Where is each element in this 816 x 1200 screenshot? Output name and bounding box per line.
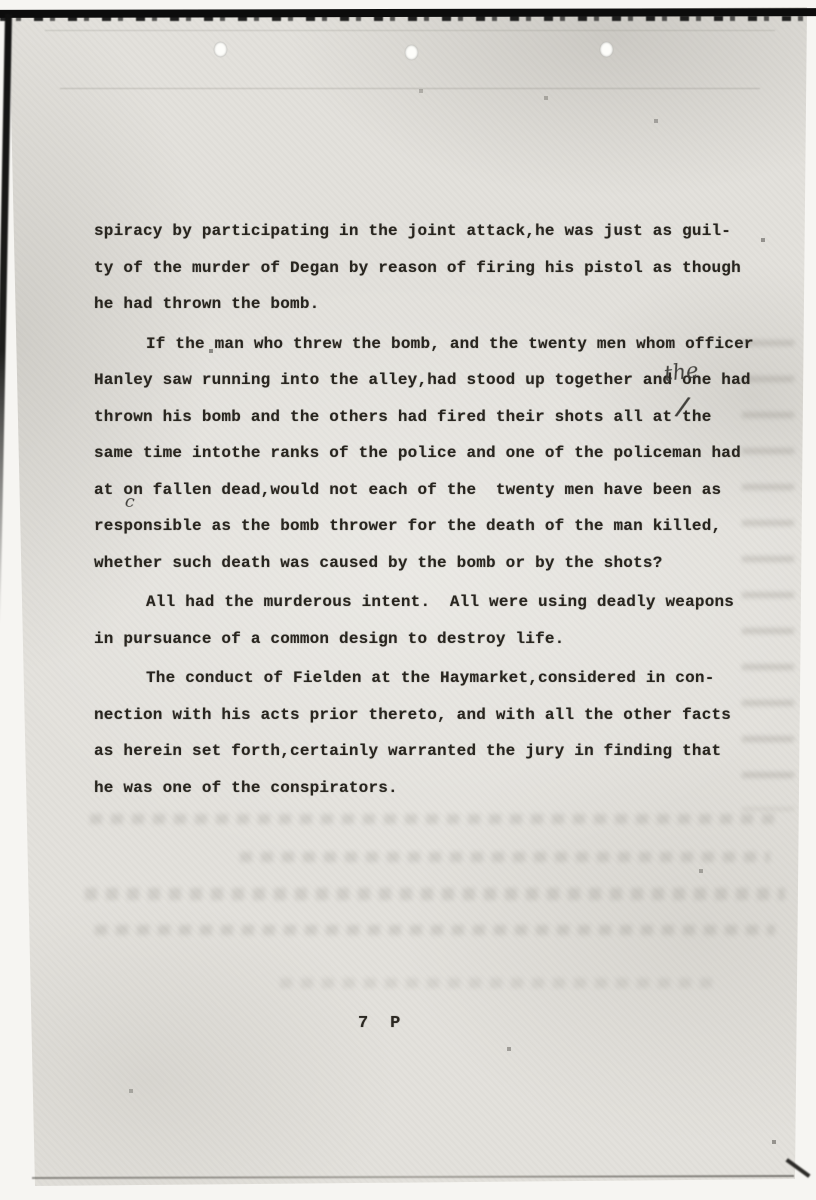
page-number: 7 P bbox=[358, 1014, 401, 1033]
typed-line: responsible as the bomb thrower for the … bbox=[94, 508, 754, 545]
typed-line: he had thrown the bomb. bbox=[94, 286, 754, 323]
punch-hole bbox=[405, 45, 418, 60]
paragraph: The conduct of Fielden at the Haymarket,… bbox=[94, 660, 754, 806]
ink-specks bbox=[0, 0, 2, 2]
typed-line: he was one of the conspirators. bbox=[94, 770, 754, 807]
typed-line: at on fallen dead,would not each of the … bbox=[94, 472, 754, 509]
paragraph: spiracy by participating in the joint at… bbox=[94, 213, 754, 323]
paragraph: If the man who threw the bomb, and the t… bbox=[94, 326, 754, 582]
typed-line: thrown his bomb and the others had fired… bbox=[94, 399, 754, 436]
scan-artifact-line bbox=[60, 88, 760, 89]
typed-line: as herein set forth,certainly warranted … bbox=[94, 733, 754, 770]
typed-line: If the man who threw the bomb, and the t… bbox=[94, 326, 754, 363]
bleed-through-line bbox=[95, 925, 775, 935]
scanner-edge-ragged bbox=[0, 16, 816, 21]
bleed-through-line bbox=[240, 852, 770, 862]
typed-line: nection with his acts prior thereto, and… bbox=[94, 697, 754, 734]
bleed-through-line bbox=[85, 888, 785, 900]
bleed-through-line bbox=[280, 978, 720, 988]
typed-line: Hanley saw running into the alley,had st… bbox=[94, 362, 754, 399]
typed-line: whether such death was caused by the bom… bbox=[94, 545, 754, 582]
punch-hole bbox=[214, 42, 227, 57]
typed-line: All had the murderous intent. All were u… bbox=[94, 584, 754, 621]
typed-text: spiracy by participating in the joint at… bbox=[94, 213, 754, 806]
paragraph: All had the murderous intent. All were u… bbox=[94, 584, 754, 657]
handwritten-correction-letter: c bbox=[124, 492, 135, 513]
typed-line: The conduct of Fielden at the Haymarket,… bbox=[94, 660, 754, 697]
bleed-through-line bbox=[90, 814, 780, 824]
typed-line: spiracy by participating in the joint at… bbox=[94, 213, 754, 250]
typed-line: ty of the murder of Degan by reason of f… bbox=[94, 250, 754, 287]
handwritten-insertion-word: the bbox=[663, 358, 700, 386]
typed-line: in pursuance of a common design to destr… bbox=[94, 621, 754, 658]
scan-artifact-line bbox=[45, 30, 775, 31]
punch-hole bbox=[600, 42, 613, 57]
scanned-document-page: spiracy by participating in the joint at… bbox=[0, 0, 816, 1200]
typed-line: same time intothe ranks of the police an… bbox=[94, 435, 754, 472]
left-scan-shadow bbox=[0, 14, 12, 624]
